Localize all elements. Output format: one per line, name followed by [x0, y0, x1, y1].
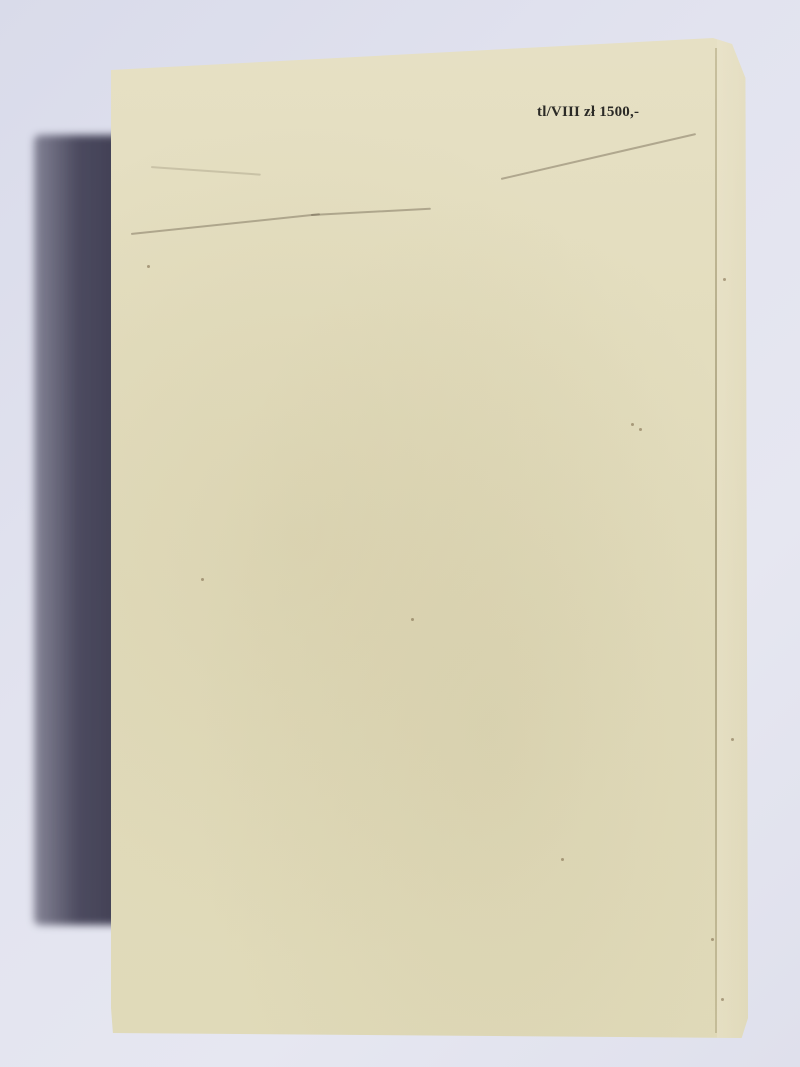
speck: [147, 265, 150, 268]
crease-mark: [501, 133, 696, 180]
spine-edge: [717, 38, 748, 1038]
crease-mark: [151, 166, 261, 176]
speck: [561, 858, 564, 861]
price-label: tl/VIII zł 1500,-: [537, 104, 639, 121]
speck: [723, 278, 726, 281]
speck: [201, 578, 204, 581]
speck: [411, 618, 414, 621]
speck: [731, 738, 734, 741]
crease-mark: [131, 213, 320, 235]
spine-fold-line: [715, 48, 717, 1033]
crease-mark: [311, 208, 431, 216]
speck: [639, 428, 642, 431]
speck: [721, 998, 724, 1001]
book-back-cover: tl/VIII zł 1500,-: [111, 38, 748, 1038]
speck: [711, 938, 714, 941]
speck: [631, 423, 634, 426]
